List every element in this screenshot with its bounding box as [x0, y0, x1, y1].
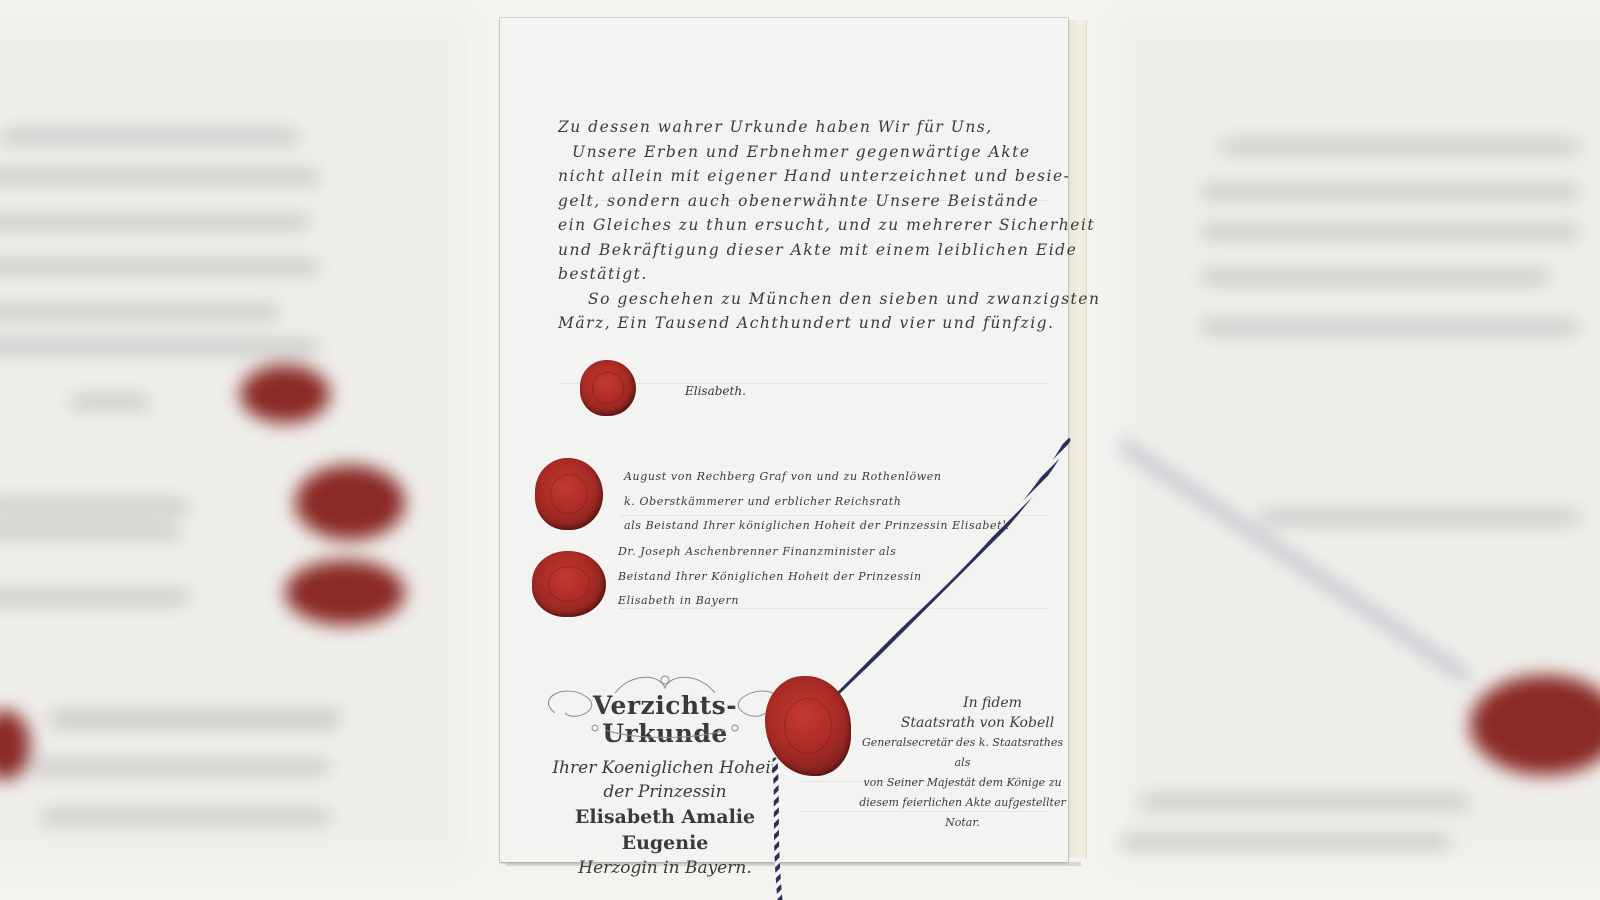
witness-2-signature: Dr. Joseph Aschenbrenner Finanzminister …	[618, 543, 922, 617]
witness-2-line: Dr. Joseph Aschenbrenner Finanzminister …	[618, 543, 922, 568]
witness-1-line: August von Rechberg Graf von und zu Roth…	[624, 468, 1010, 493]
title-line-3: Elisabeth Amalie Eugenie	[535, 804, 795, 856]
title-line-4: Herzogin in Bayern.	[535, 856, 795, 880]
title-line-2: der Prinzessin	[535, 780, 795, 804]
body-line: gelt, sondern auch obenerwähnte Unsere B…	[558, 189, 1100, 214]
notary-line: Notar.	[855, 813, 1070, 833]
blurred-background-copy-left	[0, 20, 465, 860]
wax-seal-icon	[535, 458, 603, 530]
body-line: Zu dessen wahrer Urkunde haben Wir für U…	[558, 115, 1100, 140]
body-line: Unsere Erben und Erbnehmer gegenwärtige …	[558, 140, 1100, 165]
notary-line: diesem feierlichen Akte aufgestellter	[855, 793, 1070, 813]
document-body-text: Zu dessen wahrer Urkunde haben Wir für U…	[558, 115, 1100, 336]
notary-line: Generalsecretär des k. Staatsrathes	[855, 733, 1070, 753]
notary-attestation: In fidem Staatsrath von Kobell Generalse…	[855, 693, 1070, 833]
calligraphic-flourish-icon	[535, 668, 795, 743]
notary-line: In fidem	[855, 693, 1070, 713]
body-line: ein Gleiches zu thun ersucht, und zu meh…	[558, 213, 1100, 238]
notary-line: Staatsrath von Kobell	[855, 713, 1070, 733]
body-line: So geschehen zu München den sieben und z…	[558, 287, 1100, 312]
title-line-1: Ihrer Koeniglichen Hoheit	[535, 756, 795, 780]
body-line: März, Ein Tausend Achthundert und vier u…	[558, 311, 1100, 336]
witness-2-line: Beistand Ihrer Königlichen Hoheit der Pr…	[618, 568, 922, 593]
witness-1-line: als Beistand Ihrer königlichen Hoheit de…	[624, 517, 1010, 542]
witness-1-line: k. Oberstkämmerer und erblicher Reichsra…	[624, 493, 1010, 518]
title-block: Verzichts-Urkunde Ihrer Koeniglichen Hoh…	[535, 668, 795, 880]
wax-seal-icon	[580, 360, 636, 416]
body-line: bestätigt.	[558, 262, 1100, 287]
body-line: nicht allein mit eigener Hand unterzeich…	[558, 164, 1100, 189]
notary-line: als	[855, 753, 1070, 773]
signature-elisabeth: Elisabeth.	[685, 384, 746, 398]
body-line: und Bekräftigung dieser Akte mit einem l…	[558, 238, 1100, 263]
blurred-background-copy-right	[1120, 20, 1600, 860]
witness-1-signature: August von Rechberg Graf von und zu Roth…	[624, 468, 1010, 542]
witness-2-line: Elisabeth in Bayern	[618, 592, 922, 617]
notary-line: von Seiner Majestät dem Könige zu	[855, 773, 1070, 793]
wax-seal-icon	[532, 551, 606, 617]
